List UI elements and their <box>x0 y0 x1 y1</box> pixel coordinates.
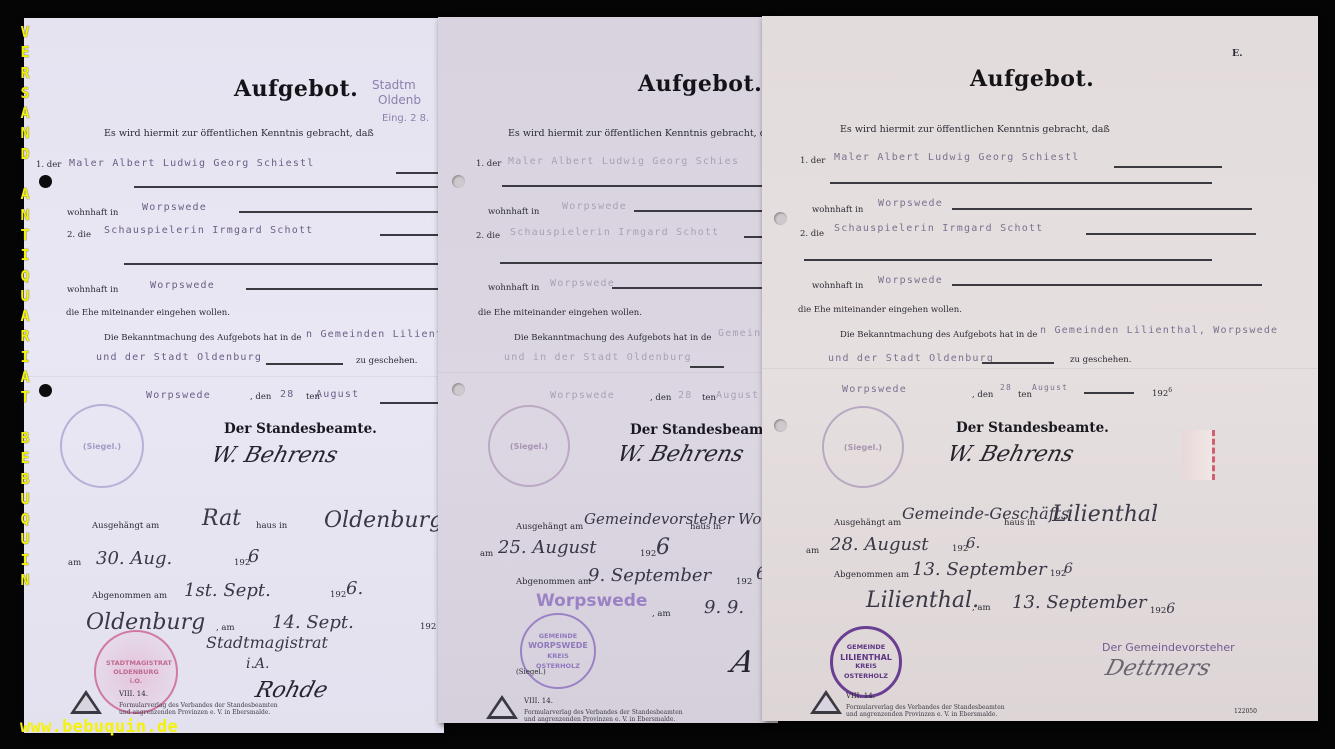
posted-city: Lilienthal <box>1052 502 1158 527</box>
day: 28 <box>1000 383 1012 392</box>
party1-value: Maler Albert Ludwig Georg Schies <box>508 156 739 167</box>
removed-label: Abgenommen am <box>92 591 167 601</box>
posted-building-suffix: haus in <box>690 522 721 532</box>
watermark-letter: N <box>18 570 32 590</box>
publisher-logo-icon <box>810 690 842 714</box>
posted-label: Ausgehängt am <box>516 522 583 532</box>
posted-on: 25. August <box>498 537 597 558</box>
punch-hole <box>774 419 787 432</box>
rule <box>804 259 1212 261</box>
official-signature: W. Behrens <box>615 442 747 467</box>
watermark-letter: Q <box>18 509 32 529</box>
residence2-value: Worpswede <box>878 275 943 286</box>
posted-on-label: am <box>68 558 81 568</box>
watermark-letter: U <box>18 529 32 549</box>
sign-on-label: , am <box>652 609 671 619</box>
watermark-letter: I <box>18 245 32 265</box>
watermark-letter: A <box>18 306 32 326</box>
document-title: Aufgebot. <box>638 71 762 97</box>
residence1-value: Worpswede <box>142 202 207 213</box>
posted-building: Rat <box>202 506 241 531</box>
official-title: Der Standesbeamte. <box>956 420 1109 436</box>
day: 28 <box>678 390 692 401</box>
watermark-letter: I <box>18 347 32 367</box>
registrar-seal: (Siegel.) <box>488 405 570 487</box>
publication-suffix: zu geschehen. <box>1070 355 1131 365</box>
residence1-label: wohnhaft in <box>67 208 118 218</box>
intro-text: Es wird hiermit zur öffentlichen Kenntni… <box>104 128 374 139</box>
date-label: , den <box>650 393 671 403</box>
publisher-note: Formularverlag des Verbandes der Standes… <box>846 704 1005 718</box>
removed-year-hand: 6. <box>346 578 363 599</box>
received-stamp: Stadtm Oldenb Eing. 2 8. <box>372 78 429 126</box>
rule <box>952 284 1262 286</box>
watermark-letter: N <box>18 123 32 143</box>
official-title: Der Standesbeamt <box>630 422 770 438</box>
intro-text: Es wird hiermit zur öffentlichen Kenntni… <box>840 124 1110 135</box>
fold-line <box>762 368 1318 369</box>
party2-label: 2. die <box>476 231 500 241</box>
removed-label: Abgenommen am <box>516 577 591 587</box>
rule <box>239 211 442 213</box>
date-label: , den <box>972 390 993 400</box>
party1-value: Maler Albert Ludwig Georg Schiestl <box>834 152 1080 163</box>
removed-year: 192 <box>736 577 752 587</box>
punch-hole <box>452 175 465 188</box>
posted-year-hand: 6 <box>248 546 259 567</box>
watermark-letter: V <box>18 22 32 42</box>
party1-label: 1. der <box>476 159 501 169</box>
month-label: ten <box>1018 390 1032 400</box>
sign-year: 1926 <box>1150 601 1175 617</box>
party2-value: Schauspielerin Irmgard Schott <box>834 223 1043 234</box>
publication-value: n Gemeinden Lilient <box>306 329 443 340</box>
posted-city: Oldenburg <box>324 508 443 533</box>
form-number: VIII. 14. <box>119 690 148 698</box>
rule <box>396 172 441 174</box>
party2-value: Schauspielerin Irmgard Schott <box>510 227 719 238</box>
fold-line <box>438 372 778 373</box>
rule <box>612 287 772 289</box>
removed-on: 9. September <box>588 565 711 586</box>
document-title: Aufgebot. <box>970 66 1094 92</box>
watermark-letter: D <box>18 144 32 164</box>
official-title: Der Standesbeamte. <box>224 421 377 437</box>
posted-building-suffix: haus in <box>1004 518 1035 528</box>
residence1-label: wohnhaft in <box>488 207 539 217</box>
rule <box>952 208 1252 210</box>
removed-label: Abgenommen am <box>834 570 909 580</box>
punch-hole <box>39 175 52 188</box>
place-stamp: Worpswede <box>536 591 647 611</box>
official-signature: W. Behrens <box>209 443 341 468</box>
watermark-letter: R <box>18 326 32 346</box>
watermark-vertical-text: VERSAND ANTIQUARIAT BEBUQUIN <box>18 22 32 590</box>
posted-on: 28. August <box>830 534 929 555</box>
watermark-letter: A <box>18 367 32 387</box>
posted-building-suffix: haus in <box>256 521 287 531</box>
party2-label: 2. die <box>800 229 824 239</box>
aufgebot-document-left: Aufgebot. Stadtm Oldenb Eing. 2 8. Es wi… <box>24 18 444 733</box>
print-code: 122050 <box>1234 708 1257 715</box>
rule <box>134 186 442 188</box>
rule <box>380 234 442 236</box>
corner-mark: E. <box>1232 48 1243 59</box>
document-title: Aufgebot. <box>234 76 358 102</box>
watermark-letter: T <box>18 225 32 245</box>
posted-year-hand: 6. <box>966 534 980 552</box>
watermark-letter: A <box>18 184 32 204</box>
place: Worpswede <box>550 390 615 401</box>
watermark-letter: U <box>18 489 32 509</box>
rule <box>246 288 442 290</box>
revenue-stamp-remnant <box>1182 430 1215 480</box>
punch-hole <box>774 212 787 225</box>
month: August <box>1032 383 1068 392</box>
removed-year: 192 <box>330 590 346 600</box>
sign-date: 13. September <box>1012 592 1147 613</box>
aufgebot-document-right: E. Aufgebot. Es wird hiermit zur öffentl… <box>762 16 1318 721</box>
posted-year-hand: 6 <box>656 535 670 560</box>
publication-value: n Gemeinden Lilienthal, Worpswede <box>1040 325 1278 336</box>
rule <box>502 185 772 187</box>
watermark-letter: U <box>18 286 32 306</box>
rule <box>266 363 343 365</box>
authority-stamp: Der Gemeindevorsteher <box>1102 641 1235 654</box>
watermark-letter: S <box>18 83 32 103</box>
rule <box>634 210 772 212</box>
watermark-letter: I <box>18 550 32 570</box>
gemeinde-worpswede-seal: GEMEINDE WORPSWEDE KREIS OSTERHOLZ <box>520 613 596 689</box>
residence2-label: wohnhaft in <box>812 281 863 291</box>
watermark-letter: A <box>18 103 32 123</box>
authority-hand-2: i.A. <box>246 656 270 672</box>
residence2-value: Worpswede <box>550 278 615 289</box>
party2-label: 2. die <box>67 230 91 240</box>
publication-label: Die Bekanntmachung des Aufgebots hat in … <box>514 333 711 343</box>
publisher-note: Formularverlag des Verbandes der Standes… <box>119 702 278 716</box>
publisher-logo-icon <box>486 695 518 719</box>
party1-label: 1. der <box>800 156 825 166</box>
rule <box>1086 233 1256 235</box>
publisher-note: Formularverlag des Verbandes der Standes… <box>524 709 683 723</box>
authority-hand: Stadtmagistrat <box>206 633 328 652</box>
sign-date: 14. Sept. <box>272 612 354 633</box>
authority-signature: Rohde <box>253 678 331 703</box>
posted-on: 30. Aug. <box>96 548 172 569</box>
year: 1926 <box>1152 387 1172 399</box>
watermark-letter: B <box>18 428 32 448</box>
watermark-letter: T <box>18 387 32 407</box>
posted-year: 192 <box>640 549 656 559</box>
residence2-label: wohnhaft in <box>67 285 118 295</box>
registrar-seal: (Siegel.) <box>822 406 904 488</box>
posted-on-label: am <box>806 546 819 556</box>
watermark-letter: R <box>18 63 32 83</box>
sign-date: 9. 9. <box>704 597 744 618</box>
publication-value-2: und der Stadt Oldenburg <box>828 353 994 364</box>
sign-on-label: , am <box>972 603 991 613</box>
date-label: , den <box>250 392 271 402</box>
day: 28 <box>280 389 294 400</box>
party2-value: Schauspielerin Irmgard Schott <box>104 225 313 236</box>
publication-suffix: zu geschehen. <box>356 356 417 366</box>
posted-label: Ausgehängt am <box>834 518 901 528</box>
authority-signature-partial: A <box>727 645 758 680</box>
watermark-url: www.bebuquin.de <box>20 717 178 737</box>
publication-label: Die Bekanntmachung des Aufgebots hat in … <box>840 330 1037 340</box>
month: August <box>316 389 359 400</box>
posted-label: Ausgehängt am <box>92 521 159 531</box>
fold-line <box>24 376 444 377</box>
watermark-letter: E <box>18 42 32 62</box>
posted-on-label: am <box>480 549 493 559</box>
rule <box>500 262 772 264</box>
marriage-line: die Ehe miteinander eingehen wollen. <box>478 308 642 318</box>
rule <box>830 182 1212 184</box>
rule <box>690 366 724 368</box>
removed-on: 1st. Sept. <box>184 580 271 601</box>
sign-year: 192 <box>420 622 436 632</box>
intro-text: Es wird hiermit zur öffentlichen Kenntni… <box>508 128 778 139</box>
party1-value: Maler Albert Ludwig Georg Schiestl <box>69 158 315 169</box>
seal-label: (Siegel.) <box>516 668 546 676</box>
gemeinde-lilienthal-seal: GEMEINDE LILIENTHAL KREIS OSTERHOLZ <box>830 626 902 698</box>
watermark-letter <box>18 408 32 428</box>
publication-value-2: und der Stadt Oldenburg <box>96 352 262 363</box>
aufgebot-document-middle: Aufgebot. Es wird hiermit zur öffentlich… <box>438 17 778 723</box>
publisher-logo-icon <box>70 690 102 714</box>
publication-label: Die Bekanntmachung des Aufgebots hat in … <box>104 333 301 343</box>
month: August <box>716 390 759 401</box>
rule <box>1084 392 1134 394</box>
registrar-seal: (Siegel.) <box>60 404 144 488</box>
punch-hole <box>39 384 52 397</box>
punch-hole <box>452 383 465 396</box>
residence2-value: Worpswede <box>150 280 215 291</box>
month-label: ten <box>702 393 716 403</box>
removed-on: 13. September <box>912 559 1047 580</box>
rule <box>982 362 1054 364</box>
form-number: VIII. 14. <box>524 697 553 705</box>
place: Worpswede <box>842 384 907 395</box>
rule <box>124 263 442 265</box>
party1-label: 1. der <box>36 160 61 170</box>
residence2-label: wohnhaft in <box>488 283 539 293</box>
posted-building: Gemeinde-Geschäfts <box>902 504 1069 523</box>
official-signature: W. Behrens <box>945 442 1077 467</box>
residence1-value: Worpswede <box>562 201 627 212</box>
authority-signature: Dettmers <box>1103 656 1214 681</box>
sign-on-label: , am <box>216 623 235 633</box>
removed-year-hand: 6 <box>1064 561 1073 577</box>
watermark-letter: Q <box>18 266 32 286</box>
marriage-line: die Ehe miteinander eingehen wollen. <box>66 308 230 318</box>
place: Worpswede <box>146 390 211 401</box>
marriage-line: die Ehe miteinander eingehen wollen. <box>798 305 962 315</box>
rule <box>1114 166 1222 168</box>
watermark-letter: B <box>18 469 32 489</box>
sign-place: Lilienthal. <box>866 588 979 613</box>
watermark-letter <box>18 164 32 184</box>
watermark-letter: E <box>18 448 32 468</box>
residence1-label: wohnhaft in <box>812 205 863 215</box>
watermark-letter: N <box>18 205 32 225</box>
form-number: VIII. 14. <box>846 692 875 700</box>
residence1-value: Worpswede <box>878 198 943 209</box>
publication-value-2: und in der Stadt Oldenburg <box>504 352 692 363</box>
rule <box>380 402 440 404</box>
